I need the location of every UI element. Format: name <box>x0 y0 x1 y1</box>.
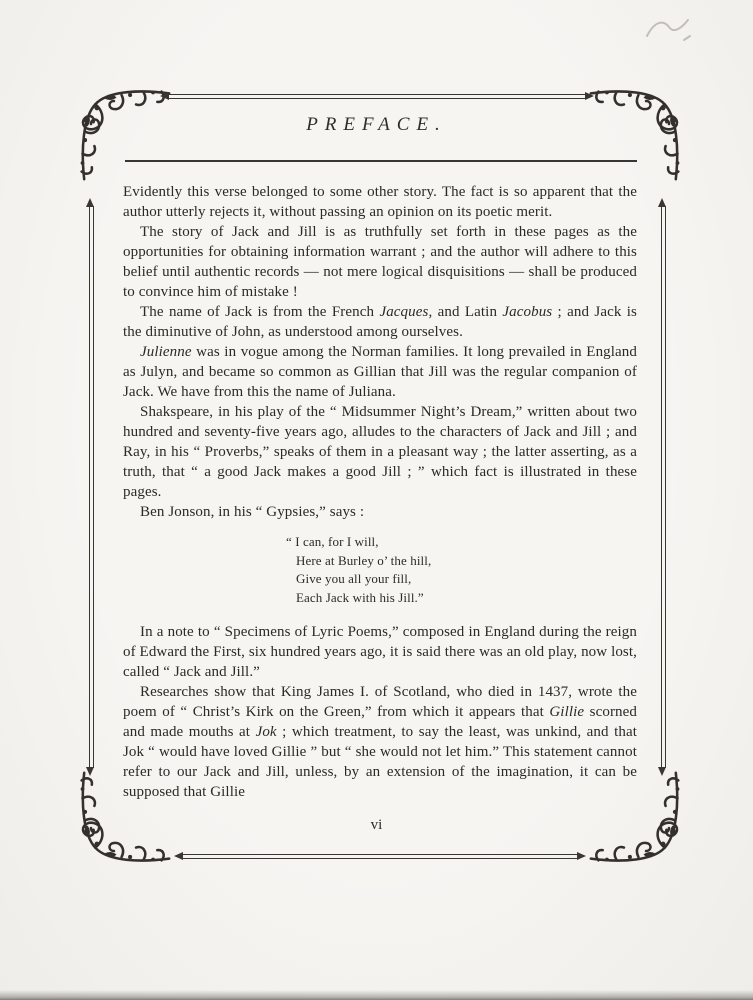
paragraphs-before-verse: Evidently this verse belonged to some ot… <box>123 182 637 522</box>
text-column: Evidently this verse belonged to some ot… <box>123 182 637 802</box>
page-number: vi <box>0 817 753 834</box>
verse-line: Give you all your fill, <box>286 570 637 589</box>
pencil-mark <box>644 12 696 46</box>
verse-quotation: “ I can, for I will,Here at Burley o’ th… <box>286 533 637 607</box>
paragraph: The story of Jack and Jill is as truthfu… <box>123 222 637 302</box>
scanned-book-page: { "page": { "title": "PREFACE.", "page_n… <box>0 0 753 1000</box>
verse-line: Each Jack with his Jill.” <box>286 589 637 608</box>
paragraph: Julienne was in vogue among the Norman f… <box>123 342 637 402</box>
paragraph: Evidently this verse belonged to some ot… <box>123 182 637 222</box>
paragraph: The name of Jack is from the French Jacq… <box>123 302 637 342</box>
title-rule <box>125 160 637 162</box>
border-rule-top <box>168 94 586 99</box>
paragraph: In a note to “ Specimens of Lyric Poems,… <box>123 622 637 682</box>
verse-line: “ I can, for I will, <box>286 533 637 552</box>
border-arrow-top-left-icon <box>160 92 169 100</box>
border-arrow-left-bottom-icon <box>86 767 94 776</box>
border-rule-right <box>661 206 666 768</box>
border-arrow-right-bottom-icon <box>658 767 666 776</box>
paragraph: Ben Jonson, in his “ Gypsies,” says : <box>123 502 637 522</box>
border-arrow-top-right-icon <box>585 92 594 100</box>
border-rule-bottom <box>182 854 578 859</box>
verse-line: Here at Burley o’ the hill, <box>286 552 637 571</box>
paragraphs-after-verse: In a note to “ Specimens of Lyric Poems,… <box>123 622 637 802</box>
border-arrow-right-top-icon <box>658 198 666 207</box>
border-arrow-bottom-left-icon <box>174 852 183 860</box>
scan-bottom-edge <box>0 990 753 1000</box>
border-arrow-left-top-icon <box>86 198 94 207</box>
border-arrow-bottom-right-icon <box>577 852 586 860</box>
border-rule-left <box>89 206 94 768</box>
paragraph: Shakspeare, in his play of the “ Midsumm… <box>123 402 637 502</box>
paragraph: Researches show that King James I. of Sc… <box>123 682 637 802</box>
page-title: PREFACE. <box>0 114 753 136</box>
